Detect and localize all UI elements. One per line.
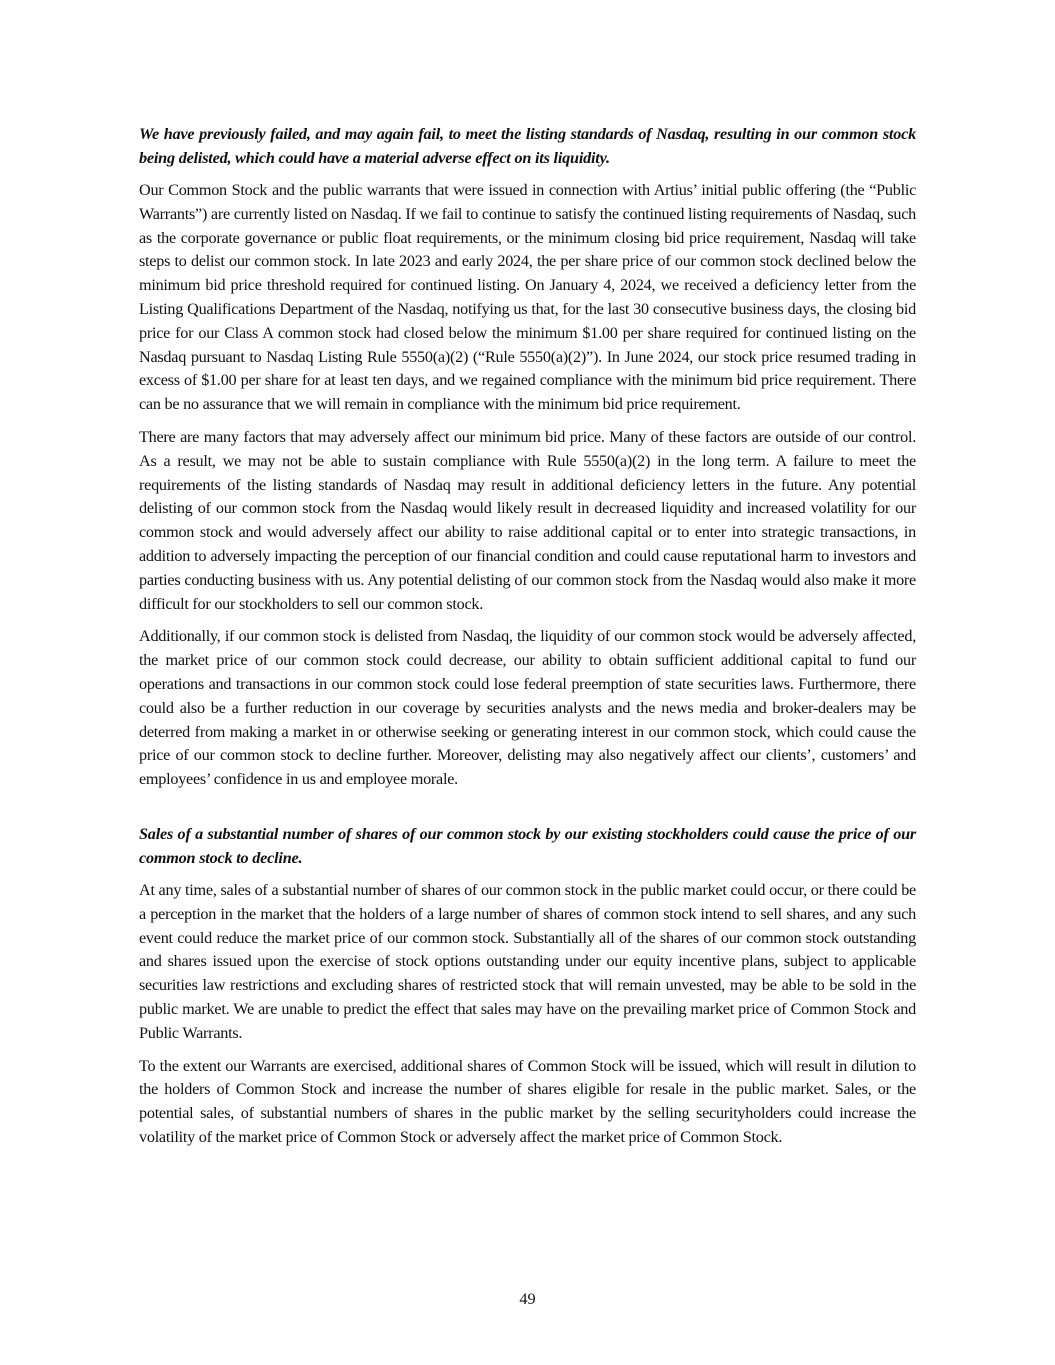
body-paragraph: At any time, sales of a substantial numb… <box>139 879 916 1046</box>
body-paragraph: Additionally, if our common stock is del… <box>139 625 916 792</box>
body-paragraph: Our Common Stock and the public warrants… <box>139 179 916 417</box>
section-heading: Sales of a substantial number of shares … <box>139 822 916 870</box>
risk-factor-nasdaq-listing: We have previously failed, and may again… <box>139 122 916 792</box>
page-number: 49 <box>0 1288 1055 1310</box>
body-paragraph: To the extent our Warrants are exercised… <box>139 1055 916 1150</box>
section-heading: We have previously failed, and may again… <box>139 122 916 170</box>
document-page: We have previously failed, and may again… <box>139 122 916 1159</box>
risk-factor-share-sales: Sales of a substantial number of shares … <box>139 822 916 1150</box>
body-paragraph: There are many factors that may adversel… <box>139 426 916 616</box>
section-spacer <box>139 801 916 822</box>
